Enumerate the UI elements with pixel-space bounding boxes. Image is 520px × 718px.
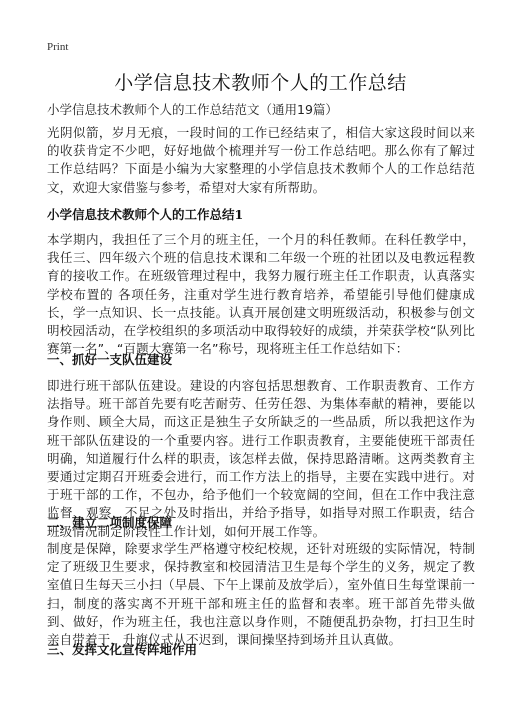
section-heading: 二、建立二项制度保障 xyxy=(47,513,172,531)
document-subtitle: 小学信息技术教师个人的工作总结范文（通用19篇） xyxy=(47,100,338,118)
print-link[interactable]: Print xyxy=(47,41,68,53)
page-title: 小学信息技术教师个人的工作总结 xyxy=(47,68,474,95)
intro-paragraph: 光阴似箭，岁月无痕，一段时间的工作已经结束了，相信大家这段时间以来的收获肯定不少… xyxy=(47,124,475,197)
section-heading: 小学信息技术教师个人的工作总结1 xyxy=(47,205,243,223)
section-body: 制度是保障，除要求学生严格遵守校纪校规，还针对班级的实际情况，特制定了班级卫生要… xyxy=(47,540,475,649)
section-heading: 三、发挥文化宣传阵地作用 xyxy=(47,640,197,658)
section-body: 本学期内，我担任了三个月的班主任，一个月的科任教师。在科任教学中，我任三、四年级… xyxy=(47,231,475,358)
section-heading: 一、抓好一支队伍建设 xyxy=(47,350,172,368)
